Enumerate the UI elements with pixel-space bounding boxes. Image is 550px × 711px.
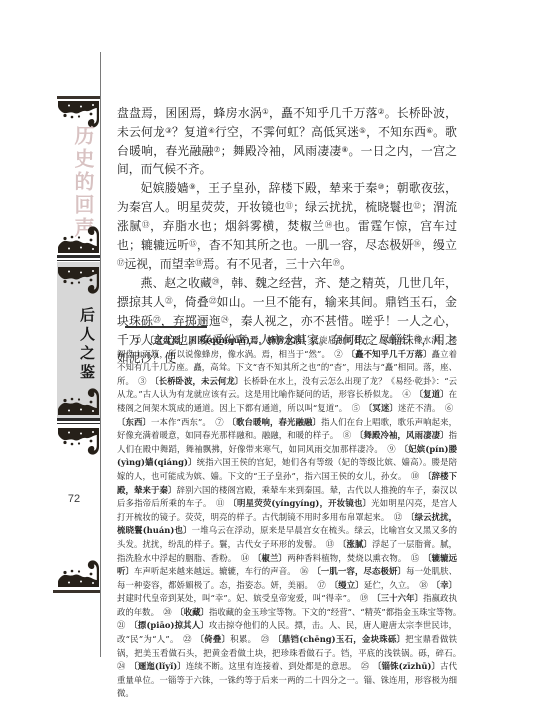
section-title: 后人之鉴 (60, 305, 98, 385)
sidebar-bottom-rule (53, 590, 100, 593)
book-page: 历史的回声 后人之鉴 72 盘盘焉，囷囷焉，蜂房水涡①，矗不知乎几千万落②。长桥… (0, 0, 550, 711)
footnote: ⑳〔收藏〕指收藏的金玉珍宝等物。下文的“经营”、“精英”都指金玉珠宝等物。 (163, 607, 457, 617)
main-paragraph: 盘盘焉，囷囷焉，蜂房水涡①，矗不知乎几千万落②。长桥卧波，未云何龙③？复道④行空… (117, 103, 457, 178)
main-paragraph: 妃嫔媵嫱⑨，王子皇孙，辞楼下殿，辇来于秦⑩；朝歌夜弦，为秦宫人。明星荧荧，开妆镜… (117, 178, 457, 273)
footnote: ㉔〔逦迤(lǐyǐ)〕连续不断。这里有连接着、到处都是的意思。 (117, 661, 352, 671)
footnote-separator (125, 326, 207, 328)
corner-ornament-icon (57, 386, 100, 416)
corner-ornament-icon (57, 427, 100, 457)
corner-ornament-icon (57, 266, 100, 296)
footnote: ⑭〔椒兰〕两种香料植物，焚烧以熏衣物。 (241, 553, 403, 563)
footnote: ⑰〔缦立〕延伫，久立。 (317, 580, 410, 590)
sidebar-top-rule (57, 96, 100, 99)
footnotes: ①〔盘盘焉，囷囷(qūnqūn)焉，蜂房水涡〕盘旋屈曲的样子，像蜂房，像水涡。楼… (117, 334, 457, 701)
footnote: ㉒〔倚叠〕积累。 (183, 634, 252, 644)
corner-ornament-icon (57, 224, 100, 254)
sidebar-divider (57, 418, 100, 424)
sidebar-divider (57, 255, 100, 261)
page-number: 72 (62, 493, 86, 505)
sidebar-vertical-rule (100, 52, 101, 657)
corner-ornament-icon (57, 558, 100, 588)
footnote: ⑤〔冥迷〕迷茫不清。 (352, 403, 437, 413)
